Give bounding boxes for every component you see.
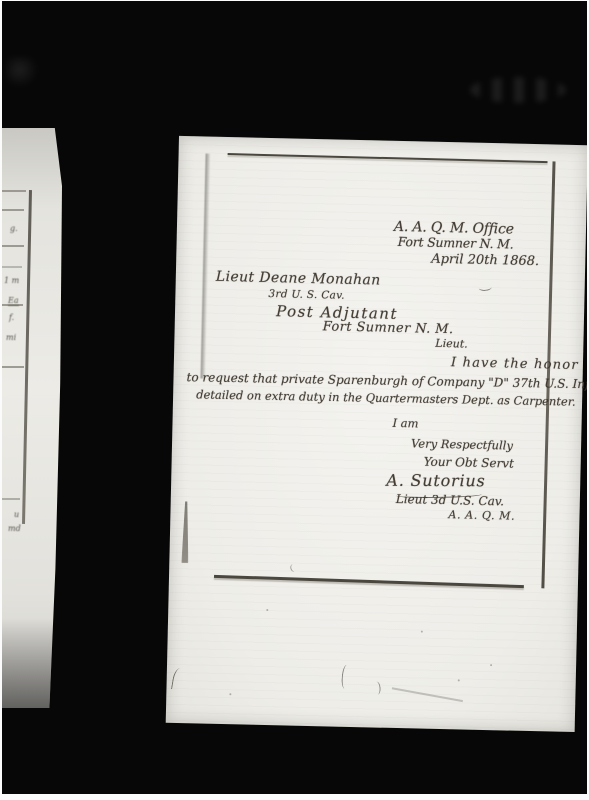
heading-date-line: April 20th 1868. <box>431 252 539 269</box>
ledger-rule-stub <box>2 245 24 247</box>
ledger-text-fragment: u <box>14 510 19 519</box>
heading-place-line: Fort Sumner N. M. <box>398 234 514 252</box>
ledger-text-fragment: Ea <box>8 296 19 306</box>
document: A. A. Q. M. Office Fort Sumner N. M. Apr… <box>169 137 586 732</box>
ledger-vertical-rule <box>22 190 32 524</box>
body-line-1: I have the honor <box>451 355 579 373</box>
closing-obedient-servant: Your Obt Servt <box>424 455 514 471</box>
ledger-text-fragment: g. <box>10 224 18 233</box>
signature-office-line: A. A. Q. M. <box>448 508 515 523</box>
paper-speck <box>490 664 492 666</box>
paper-speck <box>266 609 268 611</box>
film-smudge-top-right <box>470 77 566 103</box>
signature: A. Sutorius <box>386 471 485 491</box>
film-smudge-top-left <box>6 57 40 89</box>
ledger-rule-stub <box>2 498 20 500</box>
ledger-rule-stub <box>2 366 24 368</box>
ledger-rule-stub <box>2 209 24 211</box>
paper-speck <box>421 631 423 633</box>
closing-respectfully: Very Respectfully <box>411 436 513 452</box>
ledger-rule-stub <box>2 266 22 268</box>
ledger-bottom-fade <box>2 618 62 708</box>
closing-i-am: I am <box>392 416 418 431</box>
page: { "letter": { "heading": ["A. A. Q. M. O… <box>0 0 589 800</box>
paper-speck <box>458 679 460 681</box>
photograph-frame: g. 1 m Ea f. mi u md A. A. Q. M. Office … <box>2 1 587 794</box>
signature-rank-line: Lieut 3d U.S. Cav. <box>396 492 504 508</box>
ledger-text-fragment: f. <box>9 313 14 322</box>
addressee-regiment-line: 3rd U. S. Cav. <box>268 288 345 302</box>
ledger-text-fragment: md <box>8 524 21 533</box>
ledger-text-fragment: 1 m <box>4 276 19 285</box>
paper-speck <box>229 693 231 695</box>
backing-page <box>166 136 587 732</box>
salutation: Lieut. <box>435 337 468 351</box>
ledger-text-fragment: mi <box>6 333 16 342</box>
ledger-page-edge: g. 1 m Ea f. mi u md <box>2 128 62 708</box>
addressee-post-line: Fort Sumner N. M. <box>323 319 454 337</box>
ledger-rule-stub <box>2 190 26 192</box>
